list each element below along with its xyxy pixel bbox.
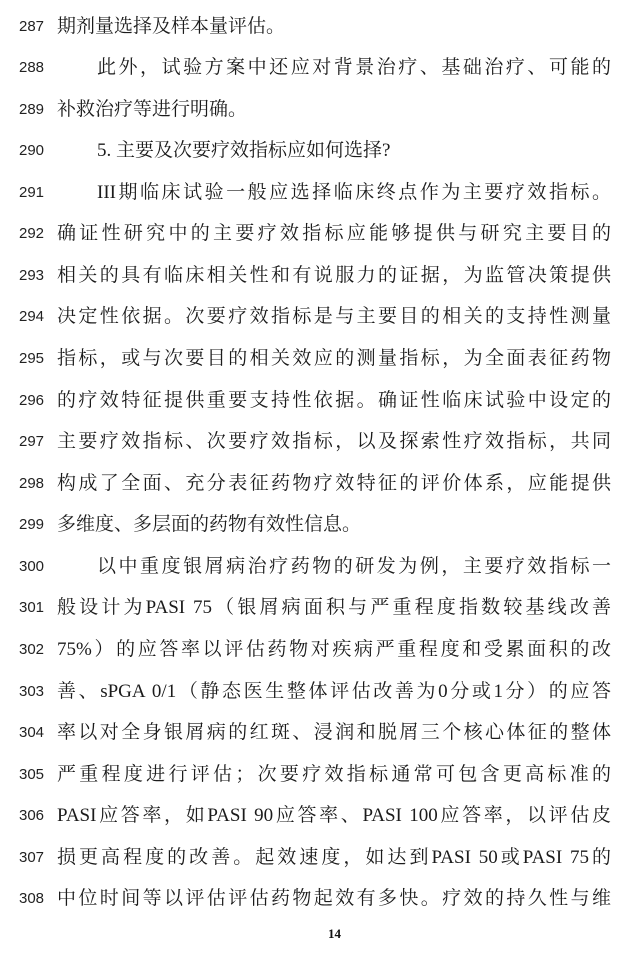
text-line-row: 306PASI应答率，如PASI 90应答率、PASI 100应答率，以评估皮 — [0, 800, 627, 832]
text-line: 的疗效特征提供重要支持性依据。确证性临床试验中设定的 — [57, 385, 611, 417]
text-line-row: 305严重程度进行评估；次要疗效指标通常可包含更高标准的 — [0, 759, 627, 791]
line-number: 300 — [19, 551, 49, 583]
text-line: 75%）的应答率以评估药物对疾病严重程度和受累面积的改 — [57, 634, 611, 666]
line-number: 302 — [19, 634, 49, 666]
line-number: 297 — [19, 426, 49, 458]
line-number: 303 — [19, 676, 49, 708]
line-number: 296 — [19, 385, 49, 417]
text-line: 5. 主要及次要疗效指标应如何选择? — [57, 135, 611, 167]
text-line: 决定性依据。次要疗效指标是与主要目的相关的支持性测量 — [57, 301, 611, 333]
text-line-row: 304率以对全身银屑病的红斑、浸润和脱屑三个核心体征的整体 — [0, 717, 627, 749]
text-line: 率以对全身银屑病的红斑、浸润和脱屑三个核心体征的整体 — [57, 717, 611, 749]
text-line: 期剂量选择及样本量评估。 — [57, 11, 611, 43]
line-number: 293 — [19, 260, 49, 292]
text-line-row: 298构成了全面、充分表征药物疗效特征的评价体系，应能提供 — [0, 468, 627, 500]
text-line-row: 289补救治疗等进行明确。 — [0, 94, 627, 126]
text-line: 以中重度银屑病治疗药物的研发为例，主要疗效指标一 — [57, 551, 611, 583]
text-line: 般设计为PASI 75（银屑病面积与严重程度指数较基线改善 — [57, 592, 611, 624]
text-line: 指标，或与次要目的相关效应的测量指标，为全面表征药物 — [57, 343, 611, 375]
text-line-row: 308中位时间等以评估评估药物起效有多快。疗效的持久性与维 — [0, 883, 627, 915]
text-line: 构成了全面、充分表征药物疗效特征的评价体系，应能提供 — [57, 468, 611, 500]
page-number: 14 — [57, 926, 612, 942]
text-line-row: 297主要疗效指标、次要疗效指标，以及探索性疗效指标，共同 — [0, 426, 627, 458]
line-number: 294 — [19, 301, 49, 333]
line-number: 299 — [19, 509, 49, 541]
text-line: III期临床试验一般应选择临床终点作为主要疗效指标。 — [57, 177, 611, 209]
text-line: 善、sPGA 0/1（静态医生整体评估改善为0分或1分）的应答 — [57, 676, 611, 708]
text-line: 严重程度进行评估；次要疗效指标通常可包含更高标准的 — [57, 759, 611, 791]
text-line: 多维度、多层面的药物有效性信息。 — [57, 509, 611, 541]
line-number: 292 — [19, 218, 49, 250]
line-number: 295 — [19, 343, 49, 375]
line-number: 301 — [19, 592, 49, 624]
text-line: 确证性研究中的主要疗效指标应能够提供与研究主要目的 — [57, 218, 611, 250]
text-line-row: 299多维度、多层面的药物有效性信息。 — [0, 509, 627, 541]
line-number: 304 — [19, 717, 49, 749]
text-line: 中位时间等以评估评估药物起效有多快。疗效的持久性与维 — [57, 883, 611, 915]
line-number: 298 — [19, 468, 49, 500]
text-line-row: 2905. 主要及次要疗效指标应如何选择? — [0, 135, 627, 167]
text-line-row: 307损更高程度的改善。起效速度，如达到PASI 50或PASI 75的 — [0, 842, 627, 874]
text-line-row: 294决定性依据。次要疗效指标是与主要目的相关的支持性测量 — [0, 301, 627, 333]
line-number: 307 — [19, 842, 49, 874]
document-page: 287期剂量选择及样本量评估。288此外，试验方案中还应对背景治疗、基础治疗、可… — [0, 0, 627, 958]
line-number: 291 — [19, 177, 49, 209]
line-number: 289 — [19, 94, 49, 126]
text-line: 此外，试验方案中还应对背景治疗、基础治疗、可能的 — [57, 52, 611, 84]
text-line: 损更高程度的改善。起效速度，如达到PASI 50或PASI 75的 — [57, 842, 611, 874]
text-line-row: 303善、sPGA 0/1（静态医生整体评估改善为0分或1分）的应答 — [0, 676, 627, 708]
line-number: 290 — [19, 135, 49, 167]
text-line-row: 296的疗效特征提供重要支持性依据。确证性临床试验中设定的 — [0, 385, 627, 417]
text-line-row: 293相关的具有临床相关性和有说服力的证据，为监管决策提供 — [0, 260, 627, 292]
text-line-row: 301般设计为PASI 75（银屑病面积与严重程度指数较基线改善 — [0, 592, 627, 624]
text-line-row: 291III期临床试验一般应选择临床终点作为主要疗效指标。 — [0, 177, 627, 209]
text-line-row: 30275%）的应答率以评估药物对疾病严重程度和受累面积的改 — [0, 634, 627, 666]
line-number: 306 — [19, 800, 49, 832]
text-line: 主要疗效指标、次要疗效指标，以及探索性疗效指标，共同 — [57, 426, 611, 458]
text-line-row: 292确证性研究中的主要疗效指标应能够提供与研究主要目的 — [0, 218, 627, 250]
line-number: 305 — [19, 759, 49, 791]
text-line-row: 300以中重度银屑病治疗药物的研发为例，主要疗效指标一 — [0, 551, 627, 583]
line-number: 288 — [19, 52, 49, 84]
text-line: 相关的具有临床相关性和有说服力的证据，为监管决策提供 — [57, 260, 611, 292]
line-number: 308 — [19, 883, 49, 915]
text-line: 补救治疗等进行明确。 — [57, 94, 611, 126]
line-number: 287 — [19, 11, 49, 43]
text-line: PASI应答率，如PASI 90应答率、PASI 100应答率，以评估皮 — [57, 800, 611, 832]
text-line-row: 287期剂量选择及样本量评估。 — [0, 11, 627, 43]
text-line-row: 295指标，或与次要目的相关效应的测量指标，为全面表征药物 — [0, 343, 627, 375]
text-line-row: 288此外，试验方案中还应对背景治疗、基础治疗、可能的 — [0, 52, 627, 84]
